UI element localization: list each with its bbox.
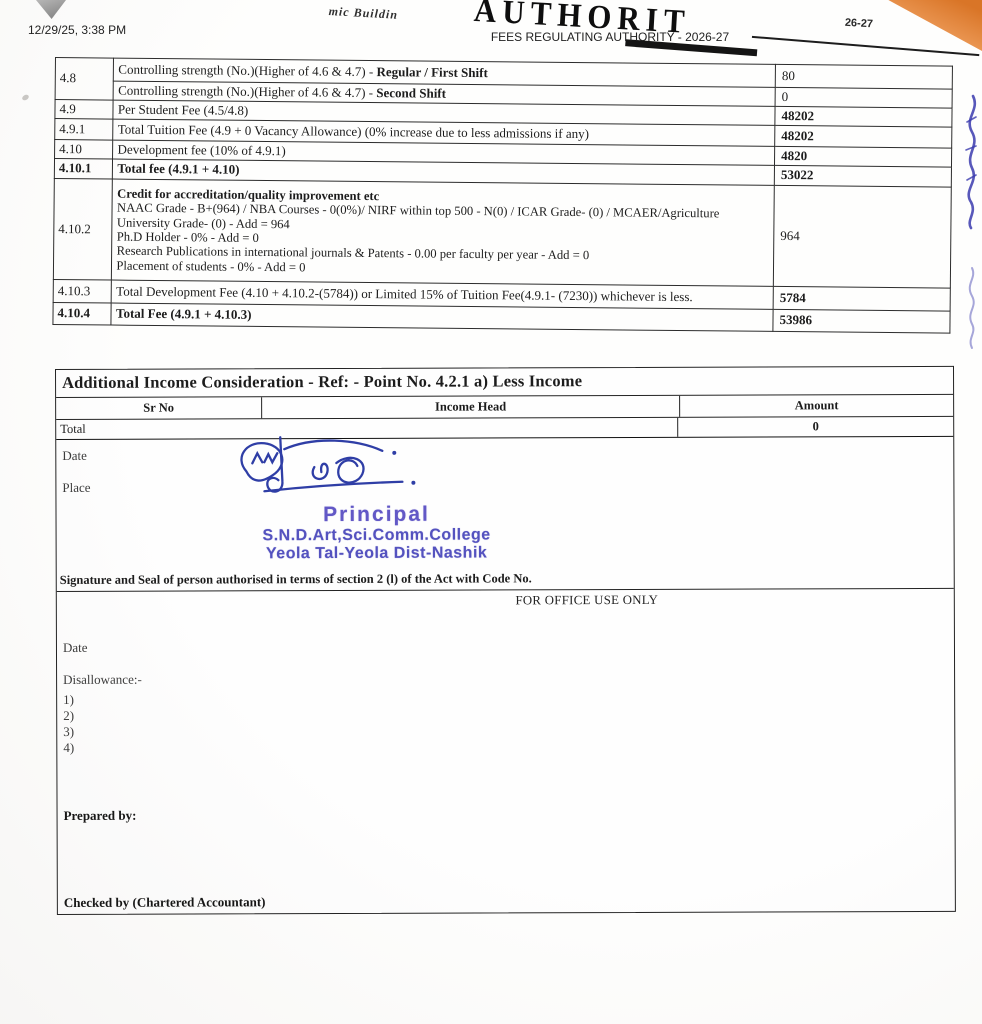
checked-by-label: Checked by (Chartered Accountant)	[64, 894, 266, 911]
office-use-title: FOR OFFICE USE ONLY	[337, 592, 837, 609]
fee-code: 4.9	[55, 100, 114, 120]
fee-table: 4.8 Controlling strength (No.)(Higher of…	[52, 57, 953, 334]
fee-value: 5784	[773, 286, 950, 311]
letterhead-year-fragment: 26-27	[845, 17, 874, 31]
stamp-college: S.N.D.Art,Sci.Comm.College	[157, 526, 597, 546]
fee-value: 0	[775, 87, 952, 108]
column-header-srno: Sr No	[56, 397, 262, 419]
additional-income-title: Additional Income Consideration - Ref: -…	[56, 367, 953, 398]
column-header-amount: Amount	[680, 395, 953, 417]
fee-value: 80	[775, 64, 952, 89]
print-timestamp: 12/29/25, 3:38 PM	[28, 23, 126, 37]
disallowance-item: 1)	[63, 692, 74, 708]
fee-value: 48202	[775, 106, 952, 127]
fee-value: 4820	[775, 146, 952, 167]
principal-stamp: Principal S.N.D.Art,Sci.Comm.College Yeo…	[156, 502, 596, 564]
disallowance-item: 3)	[63, 724, 74, 740]
fee-desc: Credit for accreditation/quality improve…	[112, 179, 775, 286]
table-row: 4.10.2 Credit for accreditation/quality …	[53, 178, 951, 288]
fee-code: 4.10.3	[53, 279, 112, 303]
fee-value: 48202	[775, 125, 952, 148]
disallowance-label: Disallowance:-	[63, 672, 142, 688]
income-total-value: 0	[677, 417, 953, 437]
fee-code: 4.8	[55, 58, 114, 101]
signature-area: Date Place Principal S.N.D.Art,Sci.Com	[56, 437, 953, 572]
disallowance-item: 2)	[63, 708, 74, 724]
scan-triangle-mark	[36, 0, 66, 19]
date-label: Date	[62, 448, 87, 464]
page-title: FEES REGULATING AUTHORITY - 2026-27	[240, 30, 980, 44]
place-label: Place	[62, 480, 90, 496]
income-table-header: Sr No Income Head Amount	[56, 395, 953, 420]
fee-code: 4.10.1	[54, 159, 113, 180]
lower-section-box: Additional Income Consideration - Ref: -…	[55, 366, 956, 915]
fee-value: 53986	[773, 309, 950, 333]
fee-code: 4.10.4	[53, 302, 112, 325]
fee-code: 4.9.1	[55, 119, 114, 141]
fee-code: 4.10.2	[53, 178, 112, 280]
margin-ink-scribble	[957, 92, 982, 372]
scan-speck	[21, 94, 30, 102]
stamp-address: Yeola Tal-Yeola Dist-Nashik	[157, 544, 597, 564]
column-header-income-head: Income Head	[262, 396, 680, 418]
scanned-document-page: mic Buildin AUTHORIT 26-27 12/29/25, 3:3…	[0, 0, 982, 1024]
disallowance-item: 4)	[63, 740, 74, 756]
handwritten-signature	[216, 431, 456, 514]
prepared-by-label: Prepared by:	[64, 808, 137, 824]
office-date-label: Date	[63, 640, 88, 656]
office-use-area: FOR OFFICE USE ONLY Date Disallowance:- …	[57, 589, 955, 914]
fee-value: 53022	[774, 165, 951, 187]
fee-value: 964	[773, 185, 951, 288]
letterhead-building-fragment: mic Buildin	[328, 4, 398, 23]
fee-code: 4.10	[55, 140, 114, 160]
stamp-title: Principal	[156, 502, 596, 528]
